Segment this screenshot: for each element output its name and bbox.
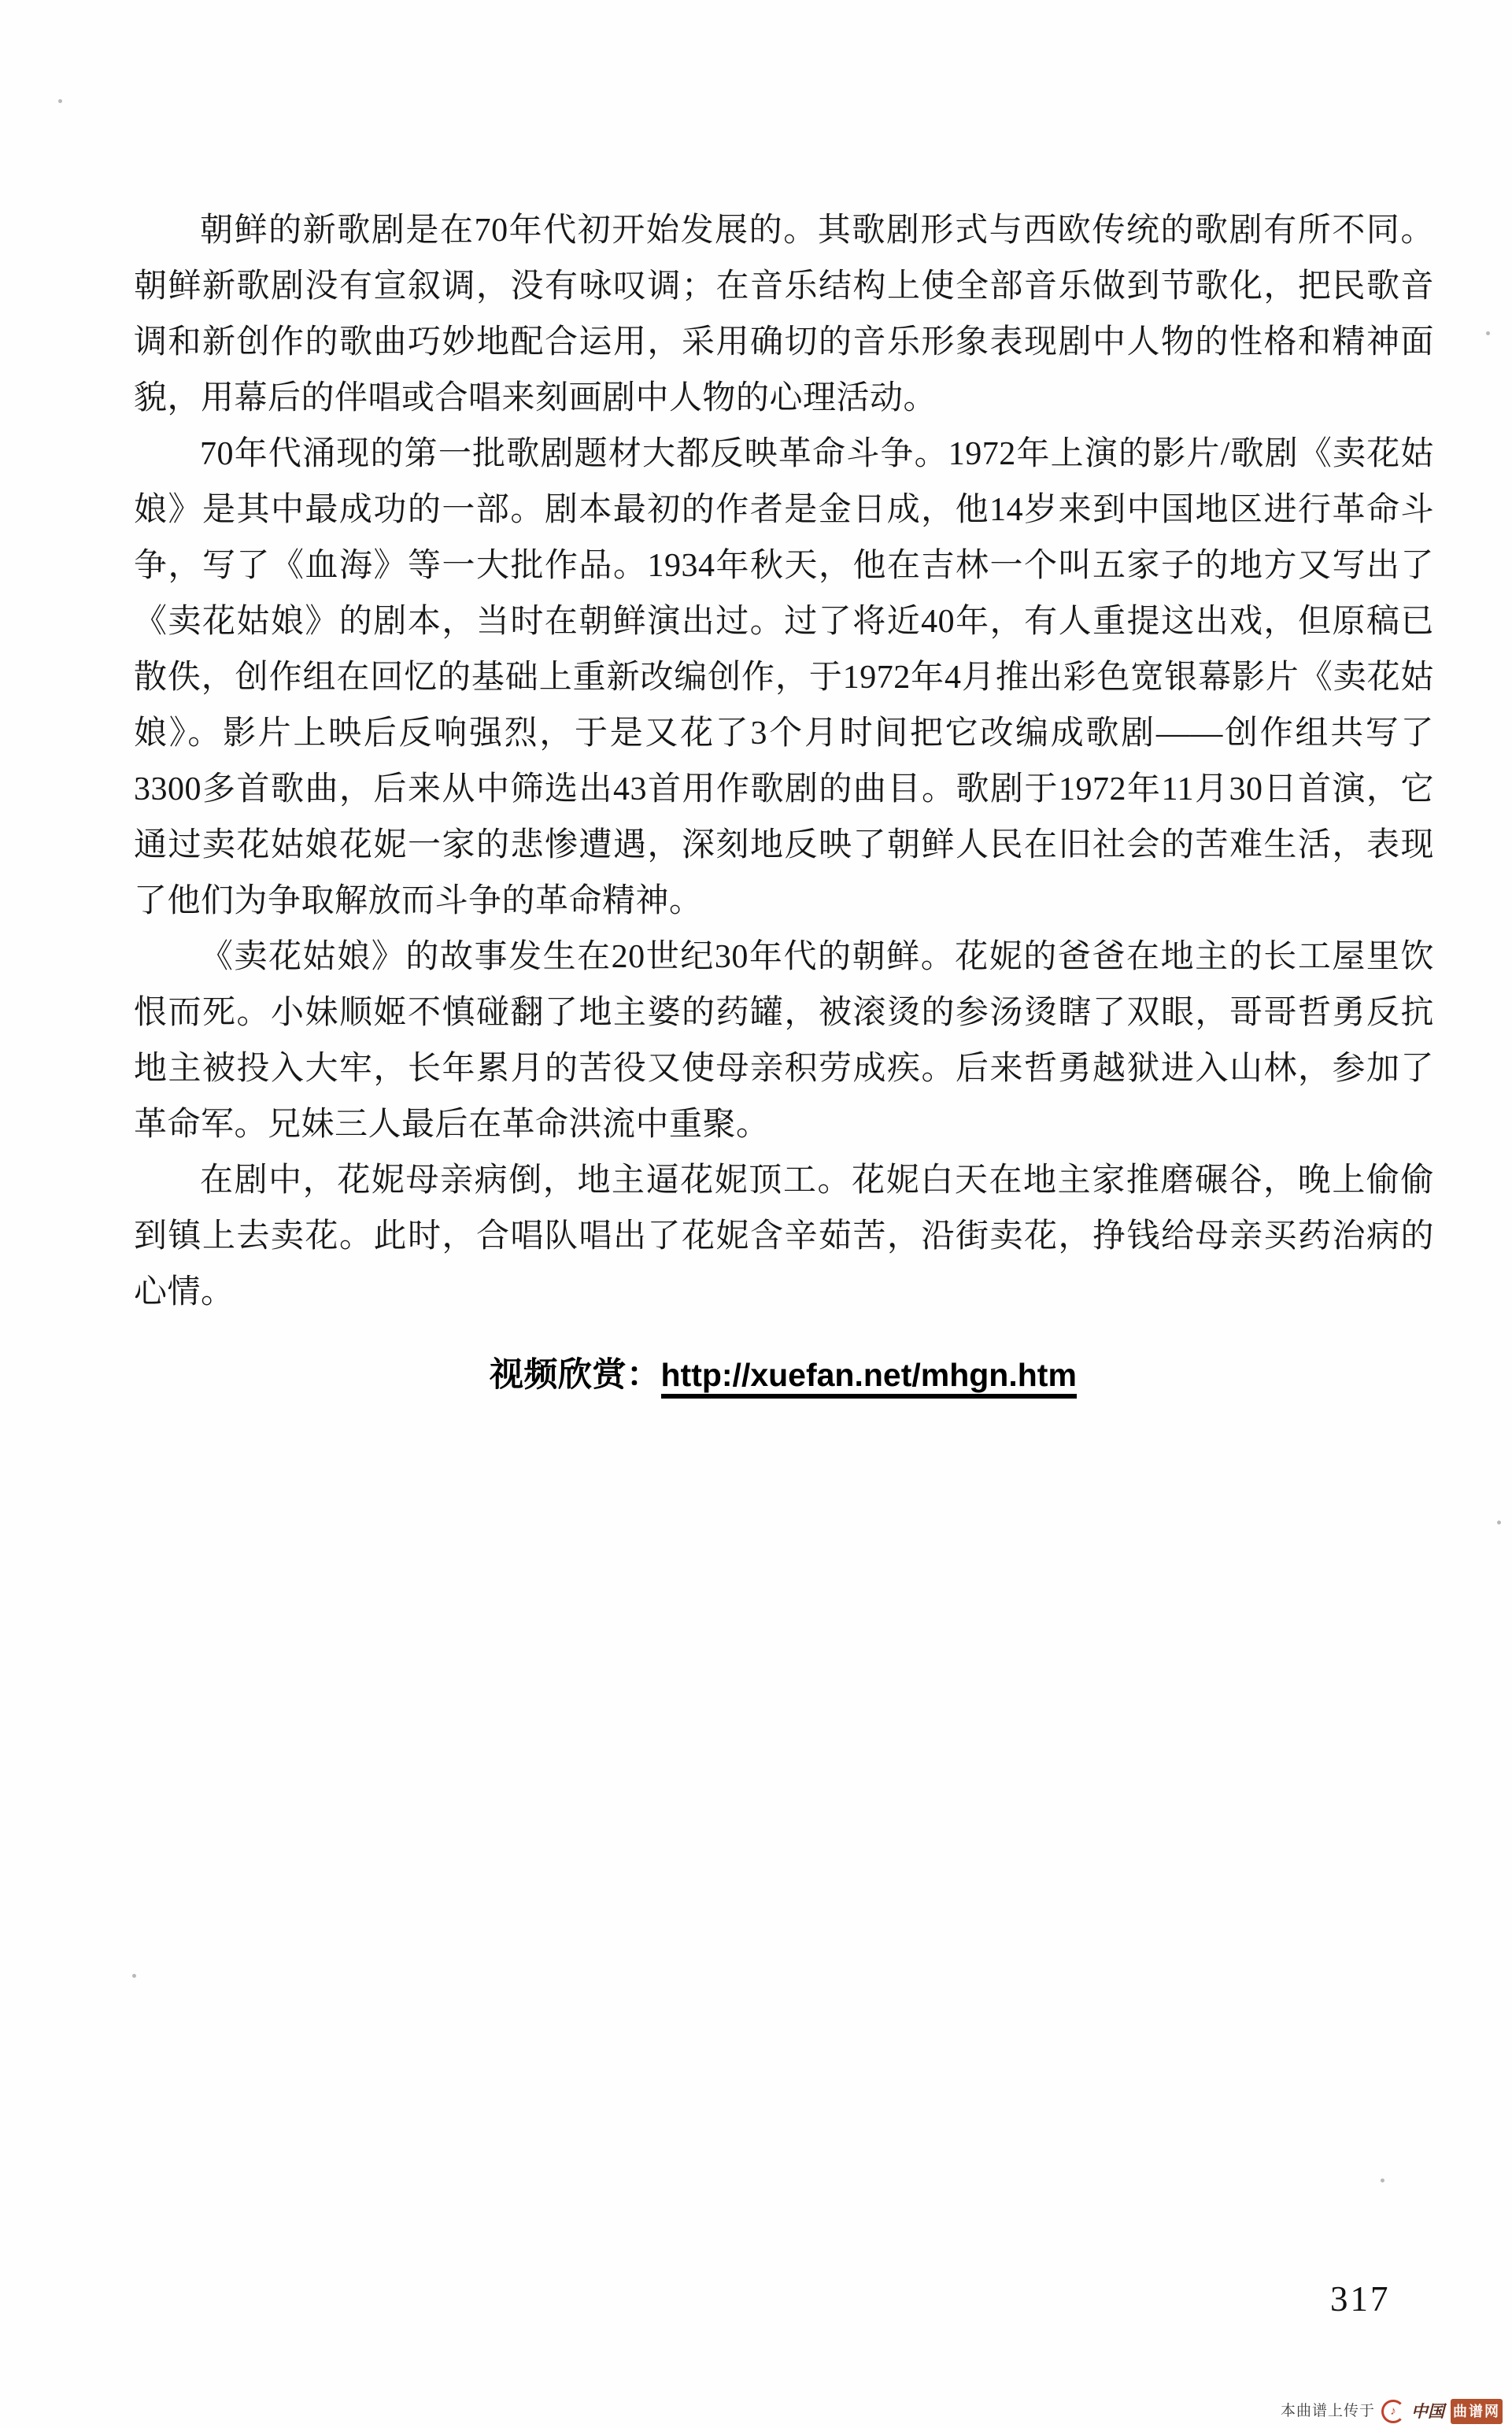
paragraph-flower-girl-history: 70年代涌现的第一批歌剧题材大都反映革命斗争。1972年上演的影片/歌剧《卖花姑… xyxy=(134,427,1434,929)
scan-speck xyxy=(132,1974,136,1978)
watermark: 本曲谱上传于 ♪ 中国 曲谱网 xyxy=(1281,2400,1503,2423)
scan-speck xyxy=(58,99,62,103)
paragraph-story-setting: 《卖花姑娘》的故事发生在20世纪30年代的朝鲜。花妮的爸爸在地主的长工屋里饮恨而… xyxy=(134,929,1434,1153)
page-number: 317 xyxy=(1330,2278,1391,2319)
scan-speck xyxy=(1381,2179,1384,2182)
paragraph-plot-scene: 在剧中，花妮母亲病倒，地主逼花妮顶工。花妮白天在地主家推磨碾谷，晚上偷偷到镇上去… xyxy=(134,1153,1434,1321)
video-appreciation-label: 视频欣赏： xyxy=(490,1357,661,1394)
main-text-block: 朝鲜的新歌剧是在70年代初开始发展的。其歌剧形式与西欧传统的歌剧有所不同。朝鲜新… xyxy=(134,203,1434,1403)
video-link-row: 视频欣赏：http://xuefan.net/mhgn.htm xyxy=(134,1347,1434,1403)
video-link[interactable]: http://xuefan.net/mhgn.htm xyxy=(661,1357,1077,1399)
watermark-prefix-label: 本曲谱上传于 xyxy=(1281,2400,1375,2423)
watermark-site-name-secondary: 曲谱网 xyxy=(1451,2399,1503,2424)
scan-speck xyxy=(1486,331,1490,335)
scan-speck xyxy=(1497,1521,1501,1524)
scanned-page: 朝鲜的新歌剧是在70年代初开始发展的。其歌剧形式与西欧传统的歌剧有所不同。朝鲜新… xyxy=(0,0,1512,2428)
music-note-icon: ♪ xyxy=(1381,2400,1405,2423)
paragraph-intro-new-opera: 朝鲜的新歌剧是在70年代初开始发展的。其歌剧形式与西欧传统的歌剧有所不同。朝鲜新… xyxy=(134,203,1434,427)
watermark-site-name-primary: 中国 xyxy=(1411,2400,1444,2423)
